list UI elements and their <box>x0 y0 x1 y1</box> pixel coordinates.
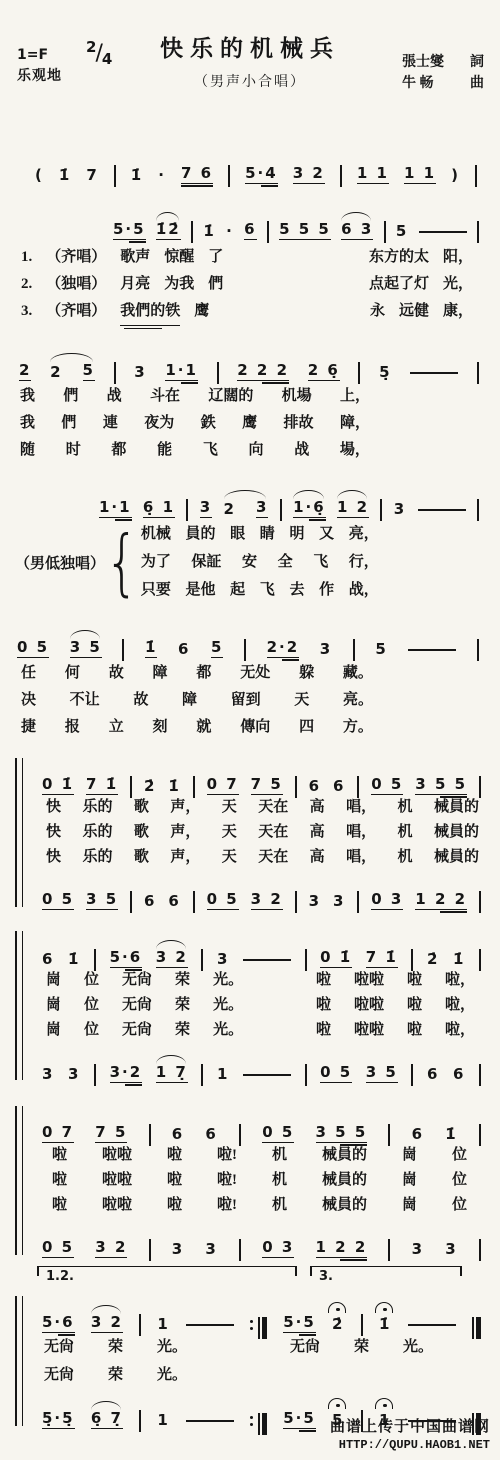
score-body: (1̇71̇·7 65·43 21 11 1)5·51̇2̇1̇·65 5 56… <box>0 144 500 1429</box>
lyric-word: 崗 <box>402 1193 417 1218</box>
bar-line <box>217 362 219 384</box>
lyric-word: 啦 <box>52 1193 67 1218</box>
lyric-word: 們 <box>208 271 223 298</box>
lyric-word: 无尙 <box>122 1018 152 1043</box>
lyric-word: 光。 <box>157 1333 187 1361</box>
lyric-row: 机械員的眼睛明又亮， <box>141 520 379 548</box>
lyric-word: 机械 <box>141 520 171 548</box>
held-note-dash <box>418 509 466 511</box>
lyric-word: 了 <box>208 244 223 271</box>
lyric-row: 啦啦啦啦啦!机械員的崗位 <box>28 1168 485 1193</box>
lyric-word: 3. <box>21 298 32 325</box>
lyric-word: 机場 <box>282 383 312 410</box>
lyric-word: 光。 <box>213 1018 243 1043</box>
lyric-word: 机 <box>398 845 413 870</box>
volta-brackets: 1.2.3. <box>37 1266 485 1287</box>
note: · <box>226 223 234 240</box>
note: 1̇2̇ <box>156 221 181 240</box>
bar-line <box>411 1064 413 1086</box>
note: 3 <box>309 893 321 910</box>
lyric-word: 战 <box>107 383 122 410</box>
note: 2 <box>224 501 236 518</box>
lyric-word: 崗 <box>46 993 61 1018</box>
note: 6̣ 7̣ <box>91 1410 123 1429</box>
lyric-word: 安 <box>242 548 257 576</box>
lyric-row: 崗位无尙荣光。啦啦啦啦啦， <box>28 993 485 1018</box>
lyric-row: 无尙荣光。无尙荣光。 <box>28 1333 485 1361</box>
note: 1·1 <box>165 362 198 381</box>
lyric-word: 啦， <box>445 968 475 993</box>
lyric-word: 何 <box>65 660 80 687</box>
bar-line <box>244 639 246 661</box>
note: 6 <box>205 1126 217 1143</box>
lyric-word: 远健 <box>399 298 429 325</box>
lyric-word: 刻 <box>153 714 168 741</box>
lyric-word: 故 <box>133 687 148 714</box>
lyric-word: 斗在 <box>150 383 180 410</box>
repeat-end-bar <box>250 1410 267 1432</box>
lyric-word: 机 <box>272 1193 287 1218</box>
bar-line <box>479 1239 481 1261</box>
lyric-word: 乐的 <box>82 820 112 845</box>
note: 6 <box>427 1066 439 1083</box>
lyric-word: 天在 <box>258 820 288 845</box>
note: 3 <box>445 1241 457 1258</box>
lyric-row: 为了保証安全飞行， <box>141 548 379 576</box>
bar-line <box>267 221 269 243</box>
held-note-dash <box>243 1074 291 1076</box>
verse-lines-2: 我們战斗在辽闊的机場上，我們連夜为鉄鹰排故障，随时都能飞向战場， <box>15 383 485 464</box>
lyric-row: 啦啦啦啦啦!机械員的崗位 <box>28 1143 485 1168</box>
lyric-word: 荣 <box>175 993 190 1018</box>
lyric-word: 啦 <box>167 1193 182 1218</box>
melody-line-2: 22531·12 2 22 6̣5̣ <box>15 341 485 381</box>
lyric-row: 无尙荣光。 <box>28 1361 485 1389</box>
bar-line <box>357 891 359 913</box>
lyric-word: 員的 <box>185 520 215 548</box>
bar-line <box>479 1064 481 1086</box>
lyric-word: 啦 <box>167 1143 182 1168</box>
lyric-word: 唱， <box>346 820 376 845</box>
lyric-word: 啦 <box>407 1018 422 1043</box>
lyric-word: 为了 <box>141 548 171 576</box>
bar-line <box>479 891 481 913</box>
lyric-word: 位 <box>84 1018 99 1043</box>
lyric-word: 天 <box>222 795 237 820</box>
lyric-word: 啦 <box>52 1168 67 1193</box>
bar-line <box>280 499 282 521</box>
bar-line <box>477 221 479 243</box>
note: 3 5 5 <box>316 1124 368 1143</box>
lyric-word: 鉄 <box>201 410 216 437</box>
lyric-word: 睛 <box>260 520 275 548</box>
note: 7 5 <box>95 1124 127 1143</box>
note: 6 <box>412 1126 424 1143</box>
note: 1̇ <box>453 951 465 968</box>
bass-solo-block: （男低独唱）{机械員的眼睛明又亮，为了保証安全飞行，只要是他起飞去作战， <box>15 520 485 604</box>
lyric-word: 报 <box>65 714 80 741</box>
lyric-word: 无尙 <box>44 1333 74 1361</box>
bass-solo-lyrics: 机械員的眼睛明又亮，为了保証安全飞行，只要是他起飞去作战， <box>141 520 379 604</box>
lyric-word: 連 <box>103 410 118 437</box>
chorus-system-1: 0 1̇7 1̇2̇1̇0 77 5660 53 5 5快乐的歌声，天天在高唱，… <box>15 755 485 910</box>
note: 1 7̣ <box>156 1064 188 1083</box>
bar-line <box>479 1124 481 1146</box>
note: 1·6̣ <box>293 499 326 518</box>
lyric-word: 东方的太 <box>369 244 429 271</box>
note: 1 2 <box>337 499 369 518</box>
bar-line <box>228 165 230 187</box>
note: 2 <box>19 362 31 381</box>
note: 3 <box>320 641 332 658</box>
lyric-word: 惊醒 <box>164 244 194 271</box>
lyric-row: 快乐的歌声，天天在高唱，机械員的 <box>28 845 485 870</box>
lyric-word: 决 <box>21 687 36 714</box>
note: 1·1 <box>99 499 132 518</box>
lyric-word: 障 <box>153 660 168 687</box>
note: 3 <box>217 951 229 968</box>
lyric-word: 不让 <box>70 687 100 714</box>
note: 7 <box>86 167 98 184</box>
note: 5 <box>375 641 387 658</box>
note: 1̇ <box>68 951 80 968</box>
lyric-word: 躱 <box>299 660 314 687</box>
note: 2·2 <box>267 639 300 658</box>
note: 3 <box>412 1241 424 1258</box>
note: 3 2 <box>95 1239 127 1258</box>
lyric-word: 任 <box>21 660 36 687</box>
bar-line <box>262 1413 267 1435</box>
lyric-word: 啦! <box>217 1193 237 1218</box>
lyric-word: 場， <box>340 437 370 464</box>
lyric-word: 唱， <box>346 795 376 820</box>
lyric-word: 啦 <box>407 968 422 993</box>
volta-bracket-1-2: 1.2. <box>37 1266 297 1287</box>
note: 0 1̇ <box>42 776 74 795</box>
upper-voice-line: 61̇5·63 230 1̇7 1̇2̇1̇ <box>28 928 485 968</box>
lyric-word: 上， <box>340 383 370 410</box>
bar-line <box>201 949 203 971</box>
lyric-word: 方。 <box>343 714 373 741</box>
lyric-word: 啦啦 <box>102 1168 132 1193</box>
lyric-word: 荣 <box>175 1018 190 1043</box>
lyric-row: 崗位无尙荣光。啦啦啦啦啦， <box>28 968 485 993</box>
note: 1 1 <box>357 165 389 184</box>
note: ) <box>451 167 460 184</box>
lyric-word: 飞 <box>313 548 328 576</box>
lyric-word: 无尙 <box>122 968 152 993</box>
note: 3·2 <box>110 1064 143 1083</box>
lyricist-role: 詞 <box>470 52 484 73</box>
lyric-word: 械員的 <box>434 845 479 870</box>
bar-line <box>384 221 386 243</box>
note: 3 5 <box>86 891 118 910</box>
note: 6̣ 1 <box>143 499 175 518</box>
note: 6 <box>172 1126 184 1143</box>
lyric-word: 四 <box>299 714 314 741</box>
lyric-word: 声， <box>170 795 200 820</box>
composer-role: 曲 <box>470 73 484 94</box>
footer-upload-note: 曲谱上传于中国曲谱网 <box>330 1415 490 1436</box>
lyric-word: 障， <box>340 410 370 437</box>
lyric-word: 位 <box>84 968 99 993</box>
bar-line <box>130 776 132 798</box>
sheet-music-page: 1=F 乐观地 2/4 快乐的机械兵 （男声小合唱） 張士燮 詞 牛 畅 曲 (… <box>0 0 500 1460</box>
note: 3 <box>256 499 268 518</box>
lyric-word: 2. <box>21 271 32 298</box>
note: 7 1̇ <box>86 776 118 795</box>
held-note-dash <box>419 231 467 233</box>
note: 3 2 <box>293 165 325 184</box>
bar-line <box>479 949 481 971</box>
lyric-word: 起 <box>230 576 245 604</box>
lyric-word: 啦啦 <box>102 1193 132 1218</box>
lyric-word: 能 <box>157 437 172 464</box>
lyric-word: 永 <box>370 298 385 325</box>
lyric-word: 光。 <box>213 993 243 1018</box>
note: 5̣ <box>379 364 391 381</box>
note: 5̣·5̣ <box>42 1410 75 1429</box>
note: 1 1 <box>404 165 436 184</box>
lyric-row: 1.（齐唱）歌声惊醒了东方的太阳， <box>15 244 485 271</box>
lyric-word: 眼 <box>230 520 245 548</box>
lyric-word: 啦啦 <box>354 993 384 1018</box>
lyric-row: 快乐的歌声，天天在高唱，机械員的 <box>28 795 485 820</box>
upper-voice-line: 0 1̇7 1̇2̇1̇0 77 5660 53 5 5 <box>28 755 485 795</box>
held-note-dash <box>186 1324 234 1326</box>
bar-line <box>295 891 297 913</box>
note: 1̇ <box>445 1126 457 1143</box>
lyric-word: 鹰 <box>194 298 209 325</box>
note: 3 <box>394 501 406 518</box>
lyric-word: 亮。 <box>343 687 373 714</box>
lyric-word: 光， <box>443 271 473 298</box>
note: 0 1̇ <box>320 949 352 968</box>
bar-line <box>388 1124 390 1146</box>
lyric-word: 啦啦 <box>102 1143 132 1168</box>
lyric-row: 崗位无尙荣光。啦啦啦啦啦， <box>28 1018 485 1043</box>
lyric-word: 天 <box>222 845 237 870</box>
lyric-word: 1. <box>21 244 32 271</box>
lyric-word: 天在 <box>258 845 288 870</box>
note: 6 <box>42 951 54 968</box>
composer-name: 牛 畅 <box>402 73 434 94</box>
lyric-word: 时 <box>66 437 81 464</box>
lyric-word: 都 <box>111 437 126 464</box>
lyric-word: 战， <box>349 576 379 604</box>
bar-line <box>114 165 116 187</box>
lyric-word: 机 <box>398 795 413 820</box>
lyric-row: 我們連夜为鉄鹰排故障， <box>15 410 370 437</box>
note: 3 5 <box>70 639 102 658</box>
bar-line <box>388 1239 390 1261</box>
lyric-word: 啦 <box>167 1168 182 1193</box>
lyric-word: 飞 <box>203 437 218 464</box>
lyric-word: 我們的铁 <box>120 298 180 326</box>
lyric-word: 康， <box>443 298 473 325</box>
note: 0 5 <box>262 1124 294 1143</box>
lyric-word: 荣 <box>354 1333 369 1361</box>
bar-line <box>139 1314 141 1336</box>
bar-line <box>201 1064 203 1086</box>
lyric-word: 崗 <box>46 968 61 993</box>
bar-line <box>239 1124 241 1146</box>
lyric-word: 夜为 <box>144 410 174 437</box>
lyric-word: 天 <box>294 687 309 714</box>
note: 0 5 <box>207 891 239 910</box>
lyricist-credit: 張士燮 詞 <box>402 52 484 73</box>
lyricist-name: 張士燮 <box>402 52 444 73</box>
lyric-word: 荣 <box>108 1333 123 1361</box>
lyric-word: 保証 <box>191 548 221 576</box>
note: 0 7 <box>42 1124 74 1143</box>
note: 6 <box>244 221 256 240</box>
lyric-word: 啦 <box>316 968 331 993</box>
lyric-word: 位 <box>452 1168 467 1193</box>
note: 7 6 <box>181 165 213 184</box>
lyric-word: 我 <box>20 383 35 410</box>
lyric-row: 任何故障都无处躱藏。 <box>15 660 373 687</box>
note: 5·6 <box>110 949 143 968</box>
bar-line <box>477 639 479 661</box>
note: ( <box>35 167 44 184</box>
lyric-word: 辽闊的 <box>208 383 253 410</box>
note-fermata: 2̇ <box>332 1316 344 1333</box>
lyric-word: 声， <box>170 845 200 870</box>
lyric-word: 只要 <box>141 576 171 604</box>
bar-line <box>193 891 195 913</box>
note: 0 7 <box>207 776 239 795</box>
lyric-word: 向 <box>249 437 264 464</box>
lyric-word: 啦， <box>445 1018 475 1043</box>
note: 6 <box>453 1066 465 1083</box>
lyric-word: 亮， <box>349 520 379 548</box>
note: 1̇ <box>59 167 71 184</box>
volta-bracket-3: 3. <box>310 1266 462 1287</box>
note: 5·6 <box>42 1314 75 1333</box>
note: 1̇ <box>145 639 157 658</box>
lyric-word: 藏。 <box>343 660 373 687</box>
tie-group: 25 <box>50 362 95 381</box>
lyric-word: 作 <box>319 576 334 604</box>
lyric-word: 械員的 <box>434 795 479 820</box>
note: 5 <box>211 639 223 658</box>
lyric-word: 就 <box>196 714 211 741</box>
lyric-word: 天 <box>222 820 237 845</box>
lyric-word: 点起了灯 <box>369 271 429 298</box>
note: 3 2 <box>251 891 283 910</box>
lyric-word: 崗 <box>402 1168 417 1193</box>
note: 1̇ <box>203 223 215 240</box>
held-note-dash <box>243 959 291 961</box>
lyric-word: 崗 <box>402 1143 417 1168</box>
held-note-dash <box>410 372 458 374</box>
credits: 張士燮 詞 牛 畅 曲 <box>402 52 484 94</box>
lyric-word: 歌 <box>134 845 149 870</box>
lyric-word: 啦 <box>316 993 331 1018</box>
chorus-system-2: 61̇5·63 230 1̇7 1̇2̇1̇崗位无尙荣光。啦啦啦啦啦，崗位无尙荣… <box>15 928 485 1083</box>
lyric-word: 歌 <box>134 795 149 820</box>
note: 3 2 <box>91 1314 123 1333</box>
meter-denominator: 4 <box>102 50 112 68</box>
verse-lines-1: 1.（齐唱）歌声惊醒了东方的太阳，2.（独唱）月亮为我們点起了灯光，3.（齐唱）… <box>15 244 485 325</box>
lyric-row: 啦啦啦啦啦!机械員的崗位 <box>28 1193 485 1218</box>
melody-line-4: 0 53 51̇652·235 <box>15 618 485 658</box>
lyric-word: 啦啦 <box>354 1018 384 1043</box>
mood-marking: 乐观地 <box>17 66 62 88</box>
note: 5 <box>396 223 408 240</box>
note: 2 2 2 <box>237 362 289 381</box>
lyric-word: 高 <box>310 795 325 820</box>
lyric-word: 鹰 <box>242 410 257 437</box>
bar-line <box>477 499 479 521</box>
lower-voice-line: 333·21 7̣10 53 566 <box>28 1043 485 1083</box>
bar-line <box>295 776 297 798</box>
lyric-word: 立 <box>109 714 124 741</box>
note: 6 3 <box>341 221 373 240</box>
lyric-word: 荣 <box>175 968 190 993</box>
note: 3 5 5 <box>415 776 467 795</box>
lyric-word: 們 <box>63 383 78 410</box>
lyric-word: 机 <box>272 1143 287 1168</box>
lyric-word: 啦 <box>316 1018 331 1043</box>
lyric-word: 我 <box>20 410 35 437</box>
note: 7 1̇ <box>366 949 398 968</box>
lyric-row: 捷报立刻就傳向四方。 <box>15 714 373 741</box>
lyric-word: 械員的 <box>322 1193 367 1218</box>
lower-voice-line: 0 53 2330 31 2 233 <box>28 1218 485 1258</box>
lyric-word: 高 <box>310 820 325 845</box>
note: · <box>158 167 166 184</box>
bar-line <box>358 362 360 384</box>
lyric-word: 天在 <box>258 795 288 820</box>
time-signature: 2/4 <box>86 38 112 68</box>
tie-group: 23 <box>224 499 269 518</box>
note: 2̇ <box>427 951 439 968</box>
lyric-word: 月亮 <box>120 271 150 298</box>
note: 1 <box>157 1412 169 1429</box>
note: 0 5 <box>320 1064 352 1083</box>
bar-line <box>186 499 188 521</box>
lyric-word: 們 <box>61 410 76 437</box>
melody-line-1: 5·51̇2̇1̇·65 5 56 35 <box>15 200 485 240</box>
repeat-dots-icon <box>250 1314 253 1336</box>
lyric-word: 无尙 <box>290 1333 320 1361</box>
note: 6 <box>144 893 156 910</box>
bass-solo-label: （男低独唱） <box>15 552 105 573</box>
lyric-word: 啦 <box>407 993 422 1018</box>
lyric-word: 排故 <box>284 410 314 437</box>
lyric-word: 机 <box>398 820 413 845</box>
lyric-word: 械員的 <box>322 1168 367 1193</box>
ending-system: 5·63 215·52̇1̇无尙荣光。无尙荣光。无尙荣光。5̣·5̣6̣ 7̣1… <box>15 1293 485 1429</box>
bar-line <box>475 165 477 187</box>
bar-line <box>258 1413 260 1435</box>
note: 3 <box>134 364 146 381</box>
note: 3 <box>200 499 212 518</box>
bar-line <box>353 639 355 661</box>
held-note-dash <box>408 649 456 651</box>
lyric-word: 光。 <box>157 1361 187 1389</box>
header: 1=F 乐观地 2/4 快乐的机械兵 （男声小合唱） 張士燮 詞 牛 畅 曲 <box>0 0 500 126</box>
lyric-word: 光。 <box>403 1333 433 1361</box>
bar-line <box>380 499 382 521</box>
note-fermata: 1̇ <box>379 1316 391 1333</box>
note: 1 <box>217 1066 229 1083</box>
bar-line <box>262 1317 267 1339</box>
bar-line <box>479 776 481 798</box>
bar-line <box>122 639 124 661</box>
